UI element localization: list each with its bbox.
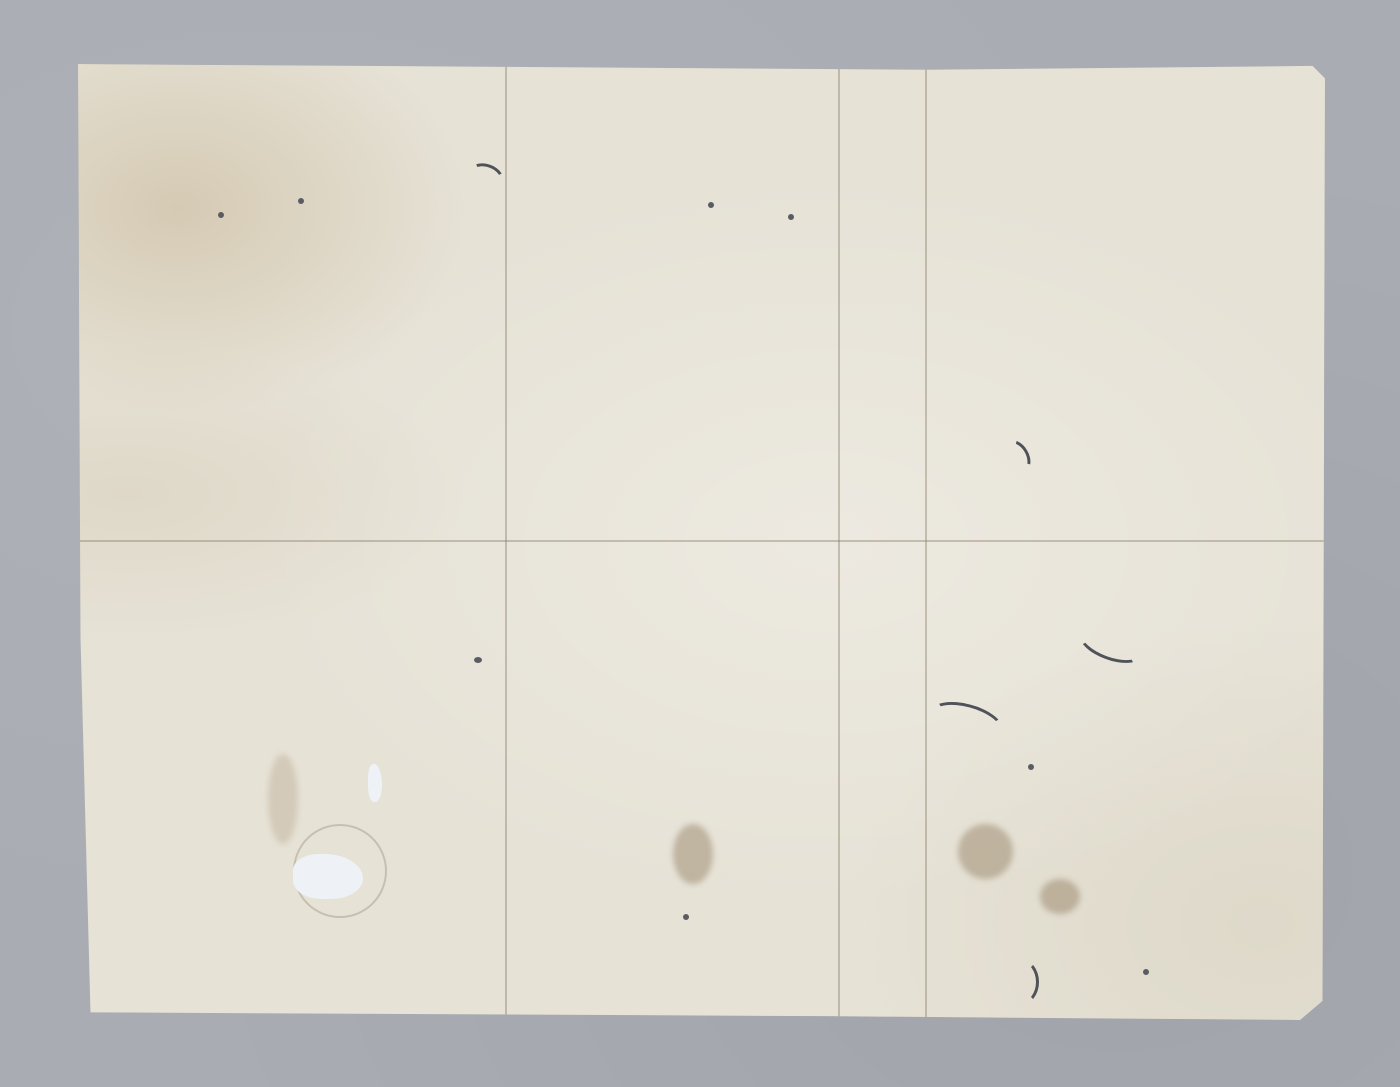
- worm-hole: [218, 212, 224, 218]
- foxing-stain: [1040, 879, 1080, 914]
- worm-hole: [474, 657, 482, 663]
- paper-loss: [368, 764, 382, 802]
- worm-hole: [1143, 969, 1149, 975]
- worm-hole: [708, 202, 714, 208]
- fold-line: [505, 64, 507, 1020]
- fold-line: [925, 64, 927, 1020]
- worm-hole: [1028, 764, 1034, 770]
- worm-hole: [683, 914, 689, 920]
- foxing-stain: [958, 824, 1013, 879]
- worm-hole: [298, 198, 304, 204]
- fold-line: [838, 64, 840, 1020]
- document-paper: [78, 64, 1325, 1020]
- foxing-stain: [673, 824, 713, 884]
- worm-hole: [788, 214, 794, 220]
- worm-track: [1075, 619, 1148, 671]
- fold-line: [78, 540, 1325, 542]
- paper-loss: [293, 854, 363, 899]
- worm-track: [925, 695, 1008, 749]
- worm-track: [996, 435, 1037, 479]
- foxing-stain: [268, 754, 298, 844]
- worm-track: [1003, 959, 1039, 1005]
- worm-track: [465, 159, 508, 196]
